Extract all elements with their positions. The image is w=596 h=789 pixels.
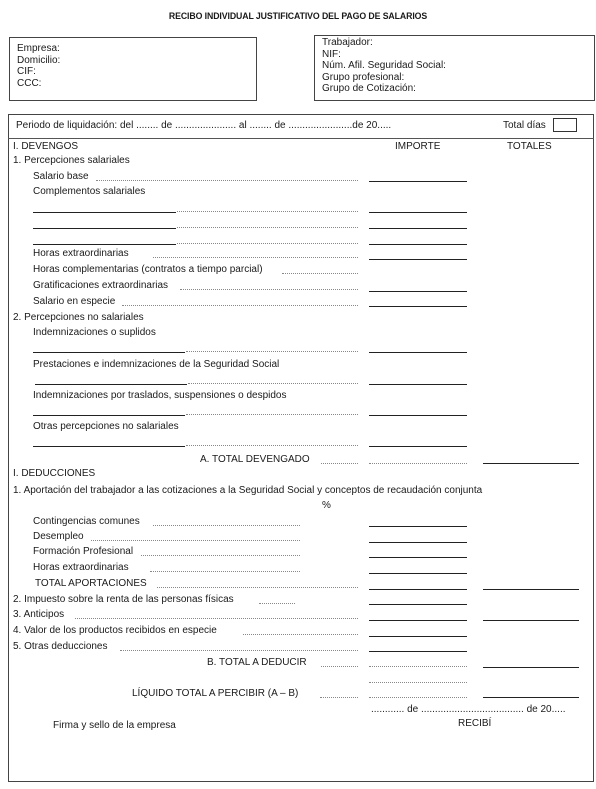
field-nif[interactable]: NIF: (322, 49, 446, 61)
valor-productos-importe[interactable] (369, 636, 467, 637)
salario-base-label: Salario base (33, 171, 89, 182)
field-trabajador[interactable]: Trabajador: (322, 37, 446, 49)
otras-percepciones-importe[interactable] (369, 446, 467, 447)
recibi-label: RECIBÍ (458, 718, 491, 729)
complementos-label: Complementos salariales (33, 186, 145, 197)
total-deducir-label: B. TOTAL A DEDUCIR (207, 657, 307, 668)
field-ccc[interactable]: CCC: (17, 78, 60, 90)
total-aportaciones-label: TOTAL APORTACIONES (35, 578, 147, 589)
col-importe-header: IMPORTE (395, 141, 440, 152)
field-empresa[interactable]: Empresa: (17, 43, 60, 55)
gratificaciones-importe[interactable] (369, 291, 467, 292)
firma-label: Firma y sello de la empresa (53, 720, 176, 731)
aportacion-label: 1. Aportación del trabajador a las cotiz… (13, 485, 482, 496)
devengos-heading: I. DEVENGOS (13, 141, 78, 152)
horas-extra-importe[interactable] (369, 259, 467, 260)
percent-header: % (322, 500, 331, 511)
employer-box: Empresa: Domicilio: CIF: CCC: (9, 37, 257, 101)
complemento-importe-3[interactable] (369, 244, 467, 245)
prestaciones-importe[interactable] (369, 384, 467, 385)
field-domicilio[interactable]: Domicilio: (17, 55, 60, 67)
total-days-input[interactable] (553, 118, 577, 132)
complemento-concept-2[interactable] (33, 228, 176, 229)
complemento-concept-3[interactable] (33, 244, 176, 245)
contingencias-label: Contingencias comunes (33, 516, 140, 527)
irpf-label: 2. Impuesto sobre la renta de las person… (13, 594, 234, 605)
indemn-traslados-label: Indemnizaciones por traslados, suspensio… (33, 390, 287, 401)
percepciones-salariales: 1. Percepciones salariales (13, 155, 130, 166)
anticipos-total[interactable] (483, 620, 579, 621)
salario-base-importe[interactable] (369, 181, 467, 182)
prestaciones-label: Prestaciones e indemnizaciones de la Seg… (33, 359, 279, 370)
horas-extra-ded-label: Horas extraordinarias (33, 562, 129, 573)
deducciones-heading: I. DEDUCCIONES (13, 468, 95, 479)
horas-compl-label: Horas complementarias (contratos a tiemp… (33, 264, 263, 275)
desempleo-importe[interactable] (369, 542, 467, 543)
total-deducir-value[interactable] (483, 667, 579, 668)
field-grupo-profesional[interactable]: Grupo profesional: (322, 72, 446, 84)
otras-percepciones-label: Otras percepciones no salariales (33, 421, 179, 432)
worker-box: Trabajador: NIF: Núm. Afil. Seguridad So… (314, 35, 595, 101)
period-divider (8, 138, 594, 139)
prestaciones-concept[interactable] (35, 384, 187, 385)
indemn-suplidos-label: Indemnizaciones o suplidos (33, 327, 156, 338)
salario-especie-label: Salario en especie (33, 296, 115, 307)
anticipos-label: 3. Anticipos (13, 609, 64, 620)
total-aportaciones-importe[interactable] (369, 589, 467, 590)
period-line[interactable]: Periodo de liquidación: del ........ de … (16, 120, 391, 131)
complemento-importe-2[interactable] (369, 228, 467, 229)
otras-deducciones-label: 5. Otras deducciones (13, 641, 108, 652)
horas-extra-ded-importe[interactable] (369, 573, 467, 574)
percepciones-no-salariales: 2. Percepciones no salariales (13, 312, 144, 323)
date-line[interactable]: ............ de ........................… (371, 704, 566, 715)
total-days-label: Total días (503, 120, 546, 131)
main-receipt-box (8, 114, 594, 782)
contingencias-importe[interactable] (369, 526, 467, 527)
desempleo-label: Desempleo (33, 531, 84, 542)
otras-percepciones-concept[interactable] (33, 446, 185, 447)
field-grupo-cotizacion[interactable]: Grupo de Cotización: (322, 83, 446, 95)
formacion-importe[interactable] (369, 557, 467, 558)
indemn-suplidos-importe[interactable] (369, 352, 467, 353)
liquido-label: LÍQUIDO TOTAL A PERCIBIR (A – B) (132, 688, 298, 699)
gratificaciones-label: Gratificaciones extraordinarias (33, 280, 168, 291)
salario-especie-importe[interactable] (369, 306, 467, 307)
field-cif[interactable]: CIF: (17, 66, 60, 78)
total-devengado-value[interactable] (483, 463, 579, 464)
irpf-importe[interactable] (369, 604, 467, 605)
otras-deducciones-importe[interactable] (369, 651, 467, 652)
col-totales-header: TOTALES (507, 141, 552, 152)
liquido-value[interactable] (483, 697, 579, 698)
complemento-concept-1[interactable] (33, 212, 176, 213)
complemento-importe-1[interactable] (369, 212, 467, 213)
formacion-label: Formación Profesional (33, 546, 133, 557)
horas-extra-label: Horas extraordinarias (33, 248, 129, 259)
valor-productos-label: 4. Valor de los productos recibidos en e… (13, 625, 217, 636)
total-aportaciones-total[interactable] (483, 589, 579, 590)
document-title: RECIBO INDIVIDUAL JUSTIFICATIVO DEL PAGO… (24, 11, 572, 22)
field-num-afil[interactable]: Núm. Afil. Seguridad Social: (322, 60, 446, 72)
indemn-suplidos-concept[interactable] (33, 352, 185, 353)
indemn-traslados-concept[interactable] (33, 415, 185, 416)
indemn-traslados-importe[interactable] (369, 415, 467, 416)
total-devengado-label: A. TOTAL DEVENGADO (200, 454, 310, 465)
anticipos-importe[interactable] (369, 620, 467, 621)
